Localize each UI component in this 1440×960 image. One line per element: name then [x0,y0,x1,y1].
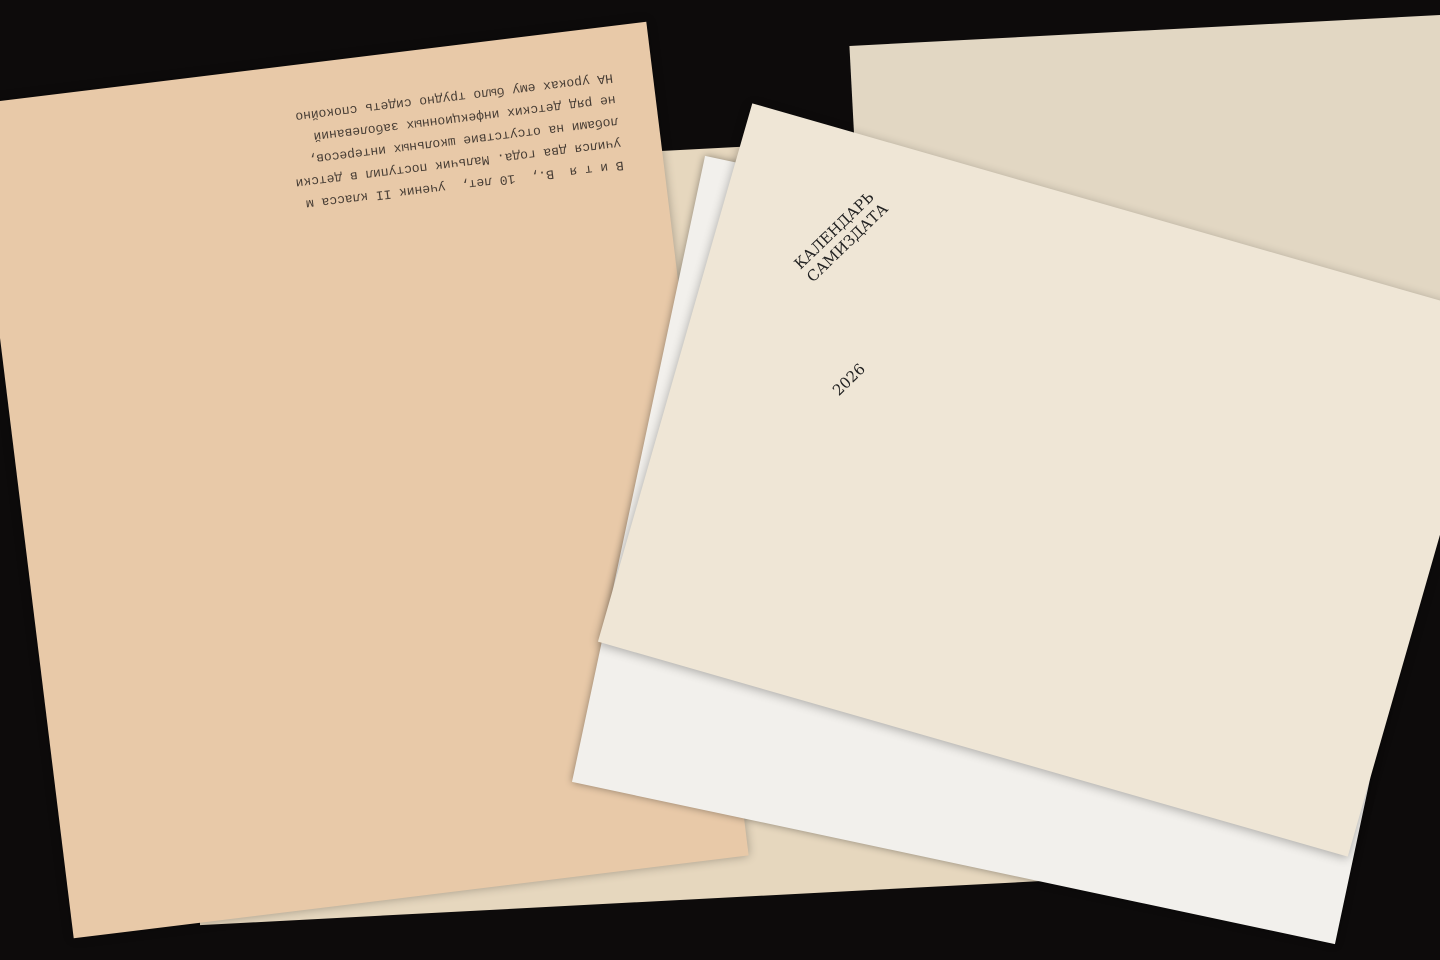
calendar-year: 2026 [829,360,869,399]
calendar-title: КАЛЕНДАРЬ САМИЗДАТА [791,187,892,286]
typed-text: В и т я В., 10 лет, ученик II класса м у… [16,66,625,248]
